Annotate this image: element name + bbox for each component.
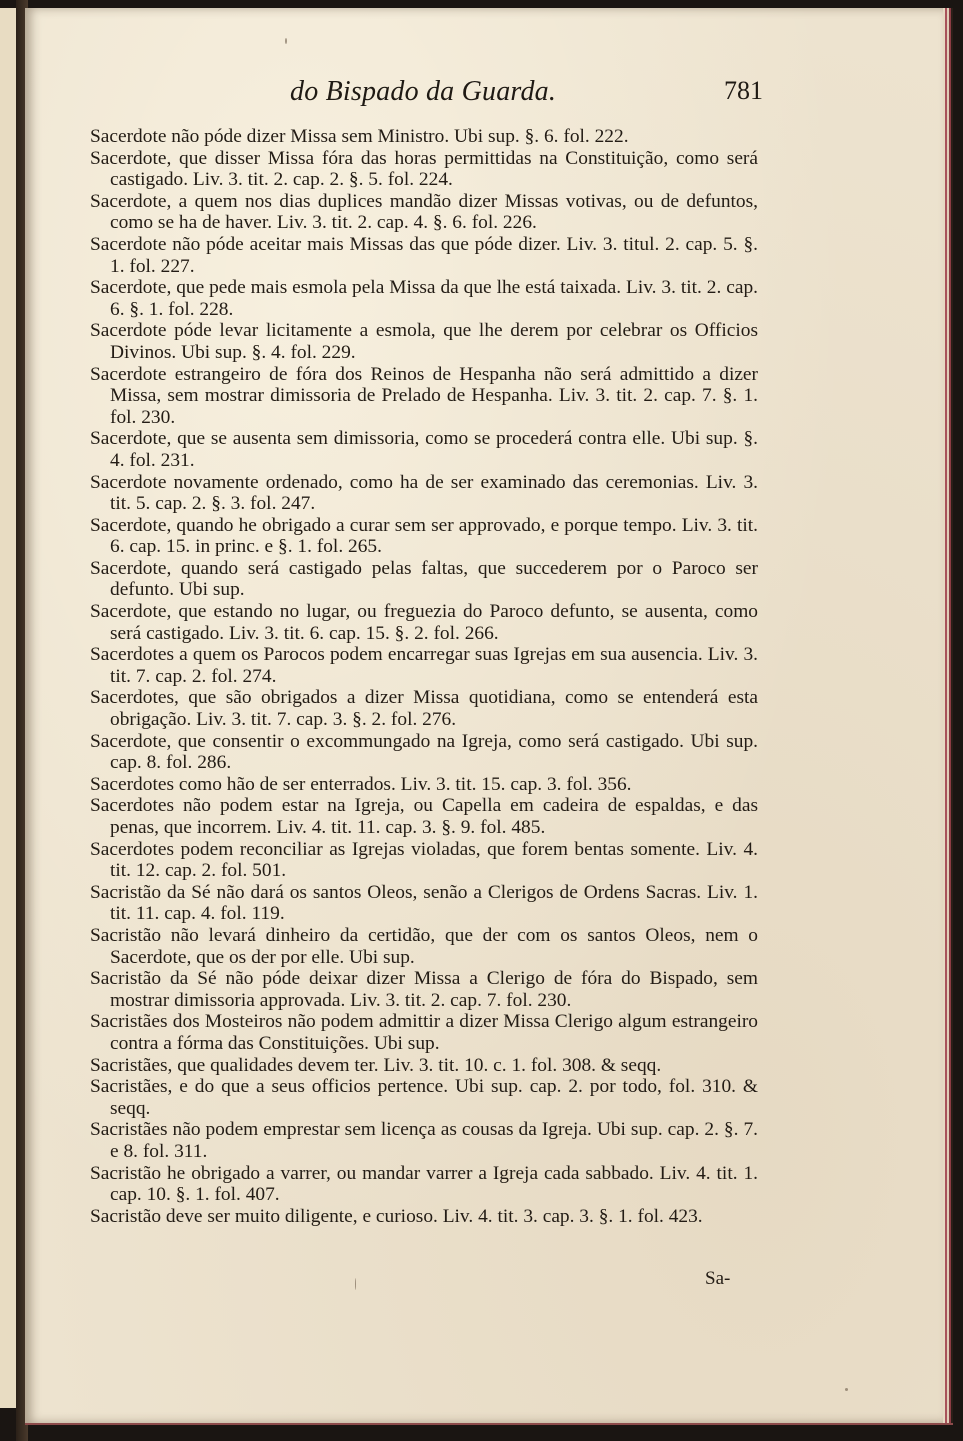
- index-entry: Sacerdote, que estando no lugar, ou freg…: [90, 601, 758, 644]
- index-entry: Sacerdote novamente ordenado, como ha de…: [90, 472, 758, 515]
- index-entry: Sacerdote póde levar licitamente a esmol…: [90, 320, 758, 363]
- index-entry: Sacerdote, que se ausenta sem dimissoria…: [90, 428, 758, 471]
- page-header: do Bispado da Guarda. 781: [90, 76, 765, 112]
- paper-speck: [285, 38, 287, 44]
- index-entry: Sacerdotes, que são obrigados a dizer Mi…: [90, 687, 758, 730]
- index-entry: Sacerdote, que pede mais esmola pela Mis…: [90, 277, 758, 320]
- index-entry: Sacristão he obrigado a varrer, ou manda…: [90, 1163, 758, 1206]
- index-entry: Sacerdote, quando he obrigado a curar se…: [90, 515, 758, 558]
- index-entry: Sacristão da Sé não póde deixar dizer Mi…: [90, 968, 758, 1011]
- page-bottom-edge: [25, 1423, 953, 1425]
- index-entry: Sacerdotes como hão de ser enterrados. L…: [90, 774, 758, 796]
- page-number: 781: [724, 76, 763, 106]
- running-title: do Bispado da Guarda.: [290, 76, 556, 108]
- index-entry: Sacristães, e do que a seus officios per…: [90, 1076, 758, 1119]
- index-entry: Sacristão deve ser muito diligente, e cu…: [90, 1206, 758, 1228]
- index-entry: Sacristães dos Mosteiros não podem admit…: [90, 1011, 758, 1054]
- index-entry: Sacerdotes a quem os Parocos podem encar…: [90, 644, 758, 687]
- index-entry: Sacerdote, que consentir o excommungado …: [90, 731, 758, 774]
- index-entry: Sacristães não podem emprestar sem licen…: [90, 1119, 758, 1162]
- catchword: Sa-: [705, 1268, 730, 1290]
- index-entry: Sacerdote não póde dizer Missa sem Minis…: [90, 126, 758, 148]
- index-entry: Sacerdotes não podem estar na Igreja, ou…: [90, 795, 758, 838]
- index-entries: Sacerdote não póde dizer Missa sem Minis…: [90, 126, 758, 1227]
- index-entry: Sacristão da Sé não dará os santos Oleos…: [90, 882, 758, 925]
- index-entry: Sacristão não levará dinheiro da certidã…: [90, 925, 758, 968]
- index-entry: Sacerdote, a quem nos dias duplices mand…: [90, 191, 758, 234]
- paper-speck: [845, 1388, 848, 1391]
- paper-speck: [355, 1278, 356, 1290]
- red-page-edge: [943, 8, 953, 1423]
- index-entry: Sacerdote estrangeiro de fóra dos Reinos…: [90, 364, 758, 429]
- index-entry: Sacristães, que qualidades devem ter. Li…: [90, 1055, 758, 1077]
- index-entry: Sacerdote não póde aceitar mais Missas d…: [90, 234, 758, 277]
- index-entry: Sacerdotes podem reconciliar as Igrejas …: [90, 839, 758, 882]
- index-entry: Sacerdote, quando será castigado pelas f…: [90, 558, 758, 601]
- index-entry: Sacerdote, que disser Missa fóra das hor…: [90, 148, 758, 191]
